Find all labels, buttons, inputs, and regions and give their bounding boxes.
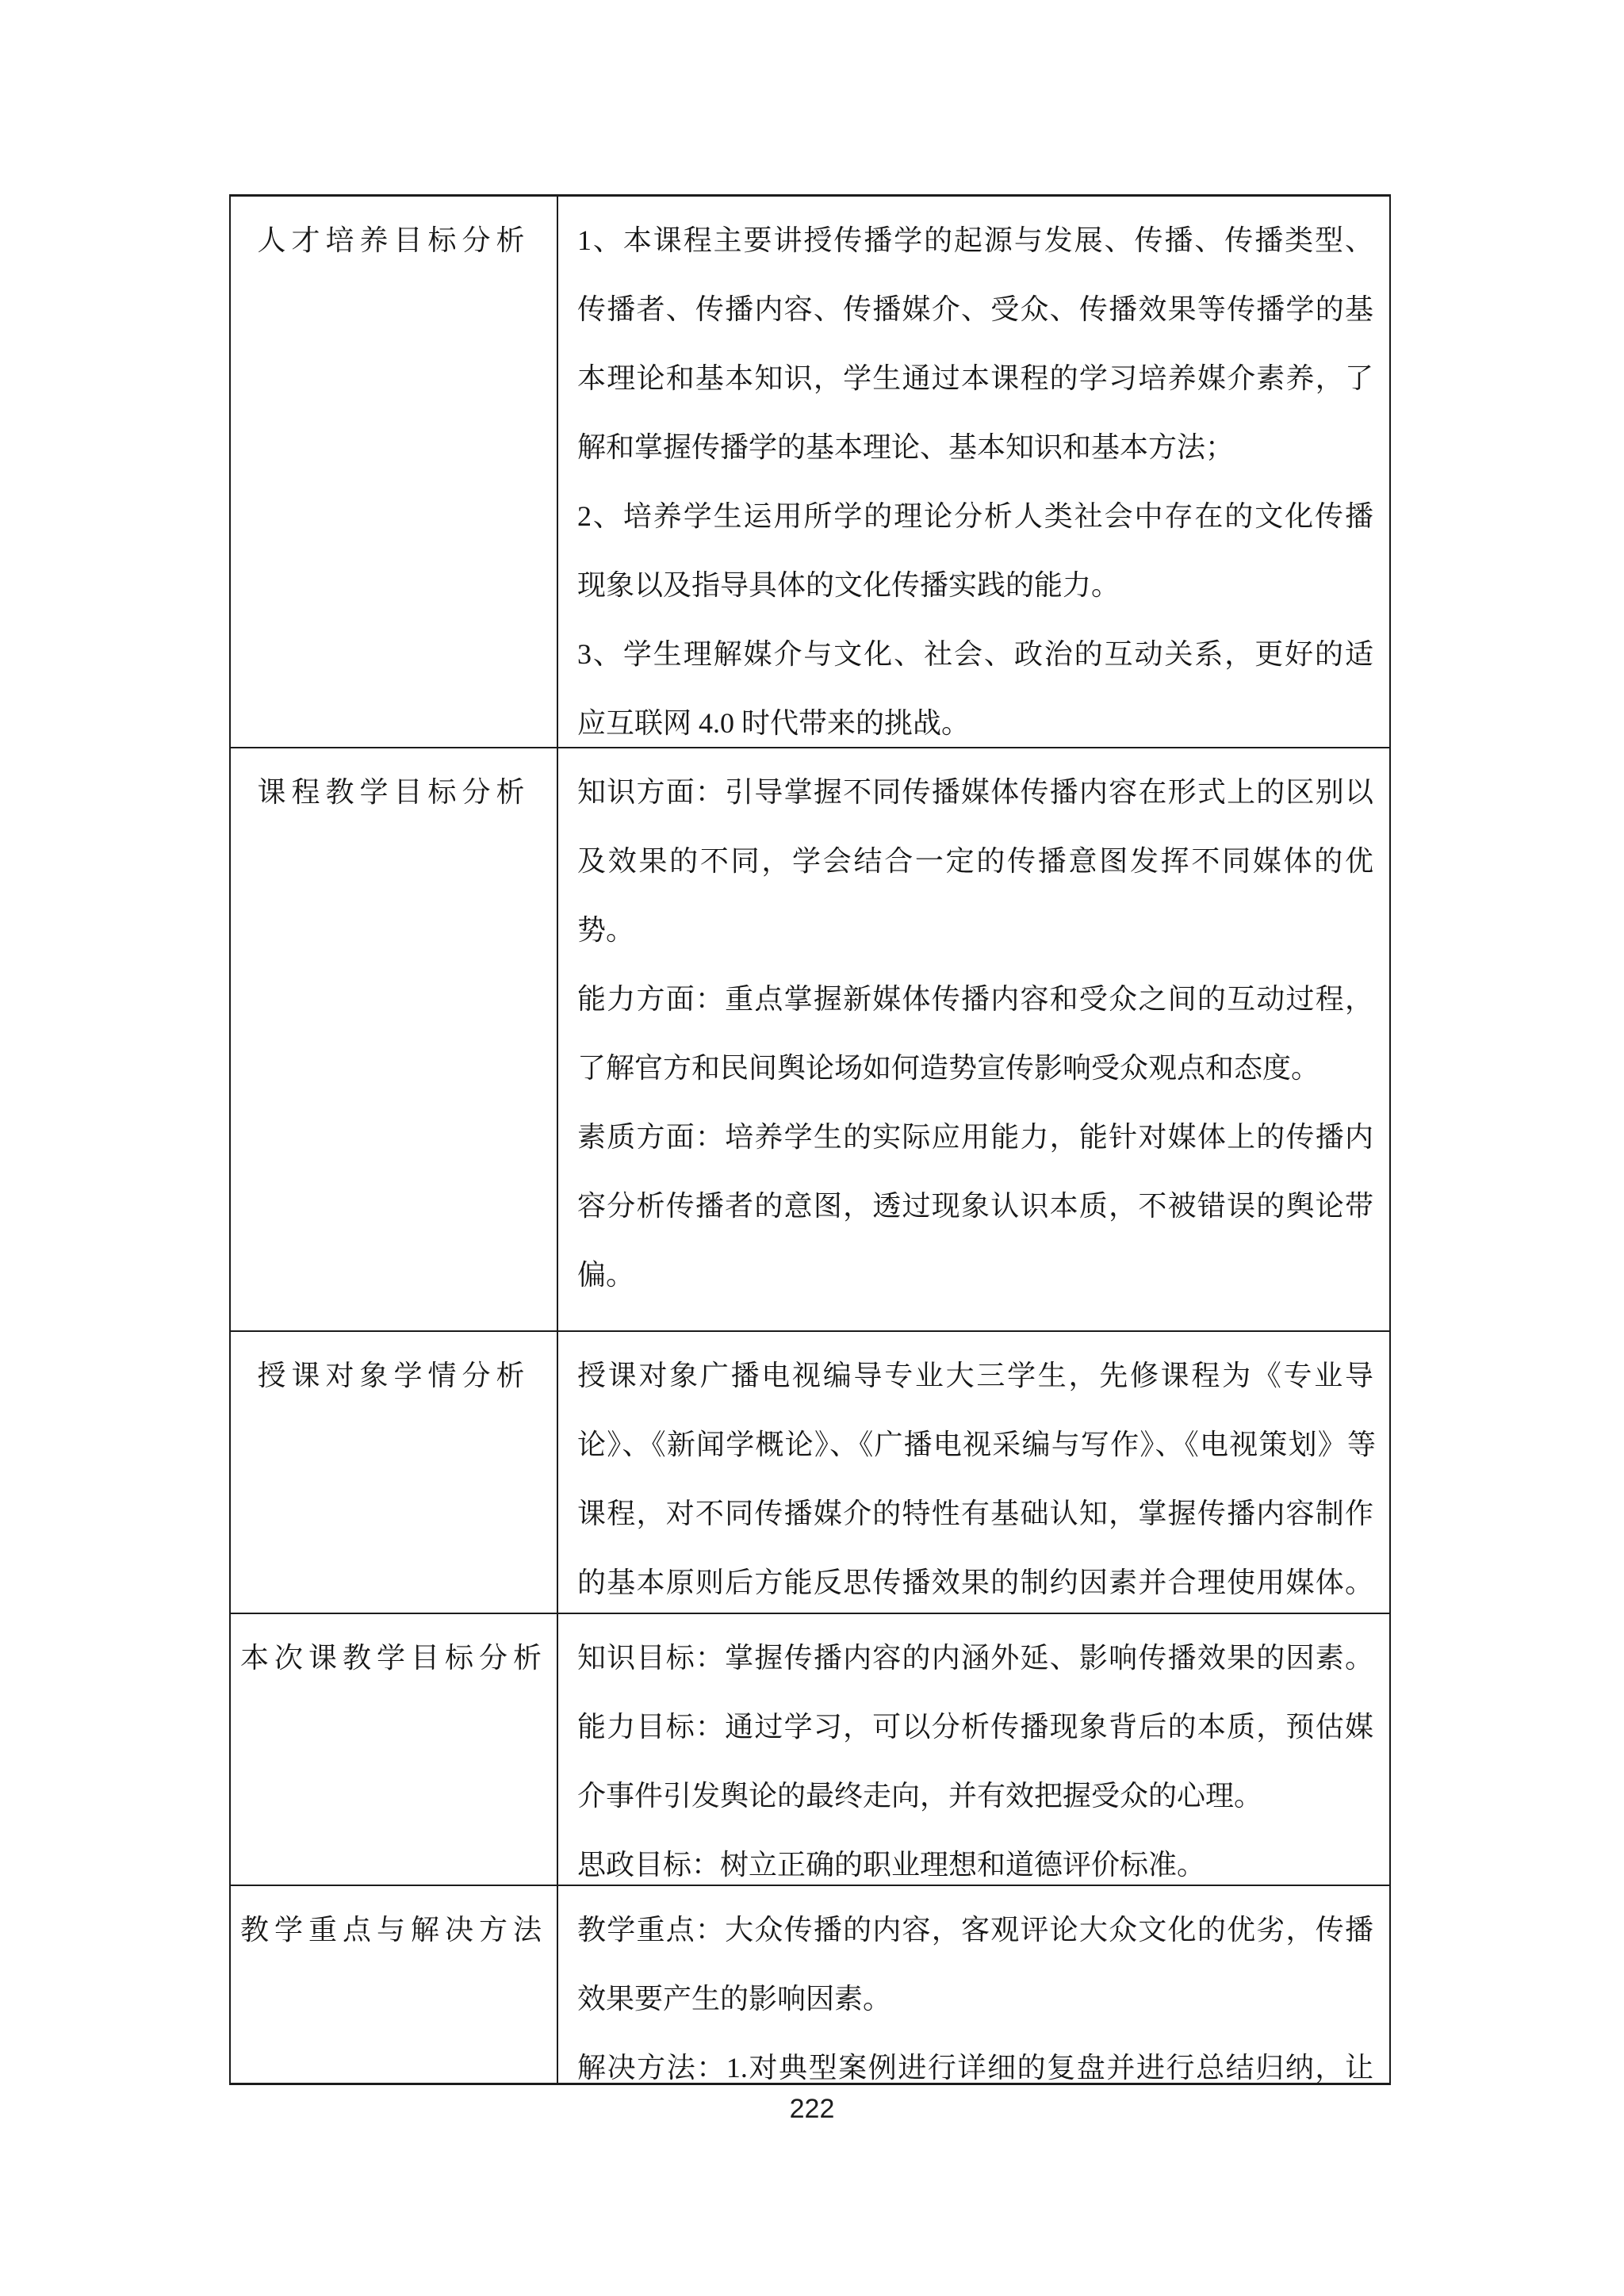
row-content-talent-cultivation-goals: 1、本课程主要讲授传播学的起源与发展、传播、传播类型、 传播者、传播内容、传播媒… (558, 197, 1389, 747)
content-line: 解决方法：1.对典型案例进行详细的复盘并进行总结归纳，让 (577, 2034, 1373, 2083)
content-line: 授课对象广播电视编导专业大三学生，先修课程为《专业导 (577, 1341, 1373, 1410)
content-line: 解和掌握传播学的基本理论、基本知识和基本方法； (577, 413, 1373, 482)
table-row: 课程教学目标分析 知识方面：引导掌握不同传播媒体传播内容在形式上的区别以 及效果… (231, 748, 1389, 1332)
row-content-teaching-key-points: 教学重点：大众传播的内容，客观评论大众文化的优劣，传播 效果要产生的影响因素。 … (558, 1886, 1389, 2083)
content-line: 介事件引发舆论的最终走向，并有效把握受众的心理。 (577, 1762, 1373, 1831)
content-line: 论》、《新闻学概论》、《广播电视采编与写作》、《电视策划》等 (577, 1410, 1373, 1479)
content-line: 3、学生理解媒介与文化、社会、政治的互动关系，更好的适 (577, 620, 1373, 689)
content-line: 的基本原则后方能反思传播效果的制约因素并合理使用媒体。 (577, 1548, 1373, 1613)
row-label-talent-cultivation-goals: 人才培养目标分析 (231, 197, 558, 747)
content-line: 知识方面：引导掌握不同传播媒体传播内容在形式上的区别以 (577, 758, 1373, 827)
content-line: 课程，对不同传播媒介的特性有基础认知，掌握传播内容制作 (577, 1479, 1373, 1548)
table-row: 教学重点与解决方法 教学重点：大众传播的内容，客观评论大众文化的优劣，传播 效果… (231, 1886, 1389, 2083)
content-line: 思政目标：树立正确的职业理想和道德评价标准。 (577, 1831, 1373, 1885)
content-line: 素质方面：培养学生的实际应用能力，能针对媒体上的传播内 (577, 1103, 1373, 1172)
content-line: 传播者、传播内容、传播媒介、受众、传播效果等传播学的基 (577, 275, 1373, 344)
content-line: 及效果的不同，学会结合一定的传播意图发挥不同媒体的优 (577, 827, 1373, 896)
content-line: 现象以及指导具体的文化传播实践的能力。 (577, 551, 1373, 620)
content-line: 知识目标：掌握传播内容的内涵外延、影响传播效果的因素。 (577, 1624, 1373, 1693)
document-page: 人才培养目标分析 1、本课程主要讲授传播学的起源与发展、传播、传播类型、 传播者… (0, 0, 1624, 2296)
row-label-teaching-key-points: 教学重点与解决方法 (231, 1886, 558, 2083)
content-line: 效果要产生的影响因素。 (577, 1965, 1373, 2034)
content-line: 势。 (577, 896, 1373, 965)
row-label-course-teaching-goals: 课程教学目标分析 (231, 748, 558, 1330)
row-label-student-situation-analysis: 授课对象学情分析 (231, 1332, 558, 1613)
lesson-plan-table: 人才培养目标分析 1、本课程主要讲授传播学的起源与发展、传播、传播类型、 传播者… (229, 194, 1391, 2085)
content-line: 容分析传播者的意图，透过现象认识本质，不被错误的舆论带 (577, 1172, 1373, 1241)
content-line: 偏。 (577, 1241, 1373, 1310)
row-content-lesson-teaching-goals: 知识目标：掌握传播内容的内涵外延、影响传播效果的因素。 能力目标：通过学习，可以… (558, 1614, 1389, 1885)
content-line: 应互联网 4.0 时代带来的挑战。 (577, 689, 1373, 747)
table-row: 本次课教学目标分析 知识目标：掌握传播内容的内涵外延、影响传播效果的因素。 能力… (231, 1614, 1389, 1886)
table-row: 授课对象学情分析 授课对象广播电视编导专业大三学生，先修课程为《专业导 论》、《… (231, 1332, 1389, 1614)
content-line: 能力目标：通过学习，可以分析传播现象背后的本质，预估媒 (577, 1693, 1373, 1762)
content-line: 本理论和基本知识，学生通过本课程的学习培养媒介素养，了 (577, 344, 1373, 413)
content-line: 能力方面：重点掌握新媒体传播内容和受众之间的互动过程， (577, 965, 1373, 1034)
content-line: 教学重点：大众传播的内容，客观评论大众文化的优劣，传播 (577, 1896, 1373, 1965)
table-row: 人才培养目标分析 1、本课程主要讲授传播学的起源与发展、传播、传播类型、 传播者… (231, 197, 1389, 748)
content-line: 2、培养学生运用所学的理论分析人类社会中存在的文化传播 (577, 482, 1373, 551)
content-line: 了解官方和民间舆论场如何造势宣传影响受众观点和态度。 (577, 1034, 1373, 1103)
content-line: 1、本课程主要讲授传播学的起源与发展、传播、传播类型、 (577, 206, 1373, 275)
row-content-student-situation-analysis: 授课对象广播电视编导专业大三学生，先修课程为《专业导 论》、《新闻学概论》、《广… (558, 1332, 1389, 1613)
page-number: 222 (0, 2091, 1624, 2126)
row-label-lesson-teaching-goals: 本次课教学目标分析 (231, 1614, 558, 1885)
row-content-course-teaching-goals: 知识方面：引导掌握不同传播媒体传播内容在形式上的区别以 及效果的不同，学会结合一… (558, 748, 1389, 1330)
